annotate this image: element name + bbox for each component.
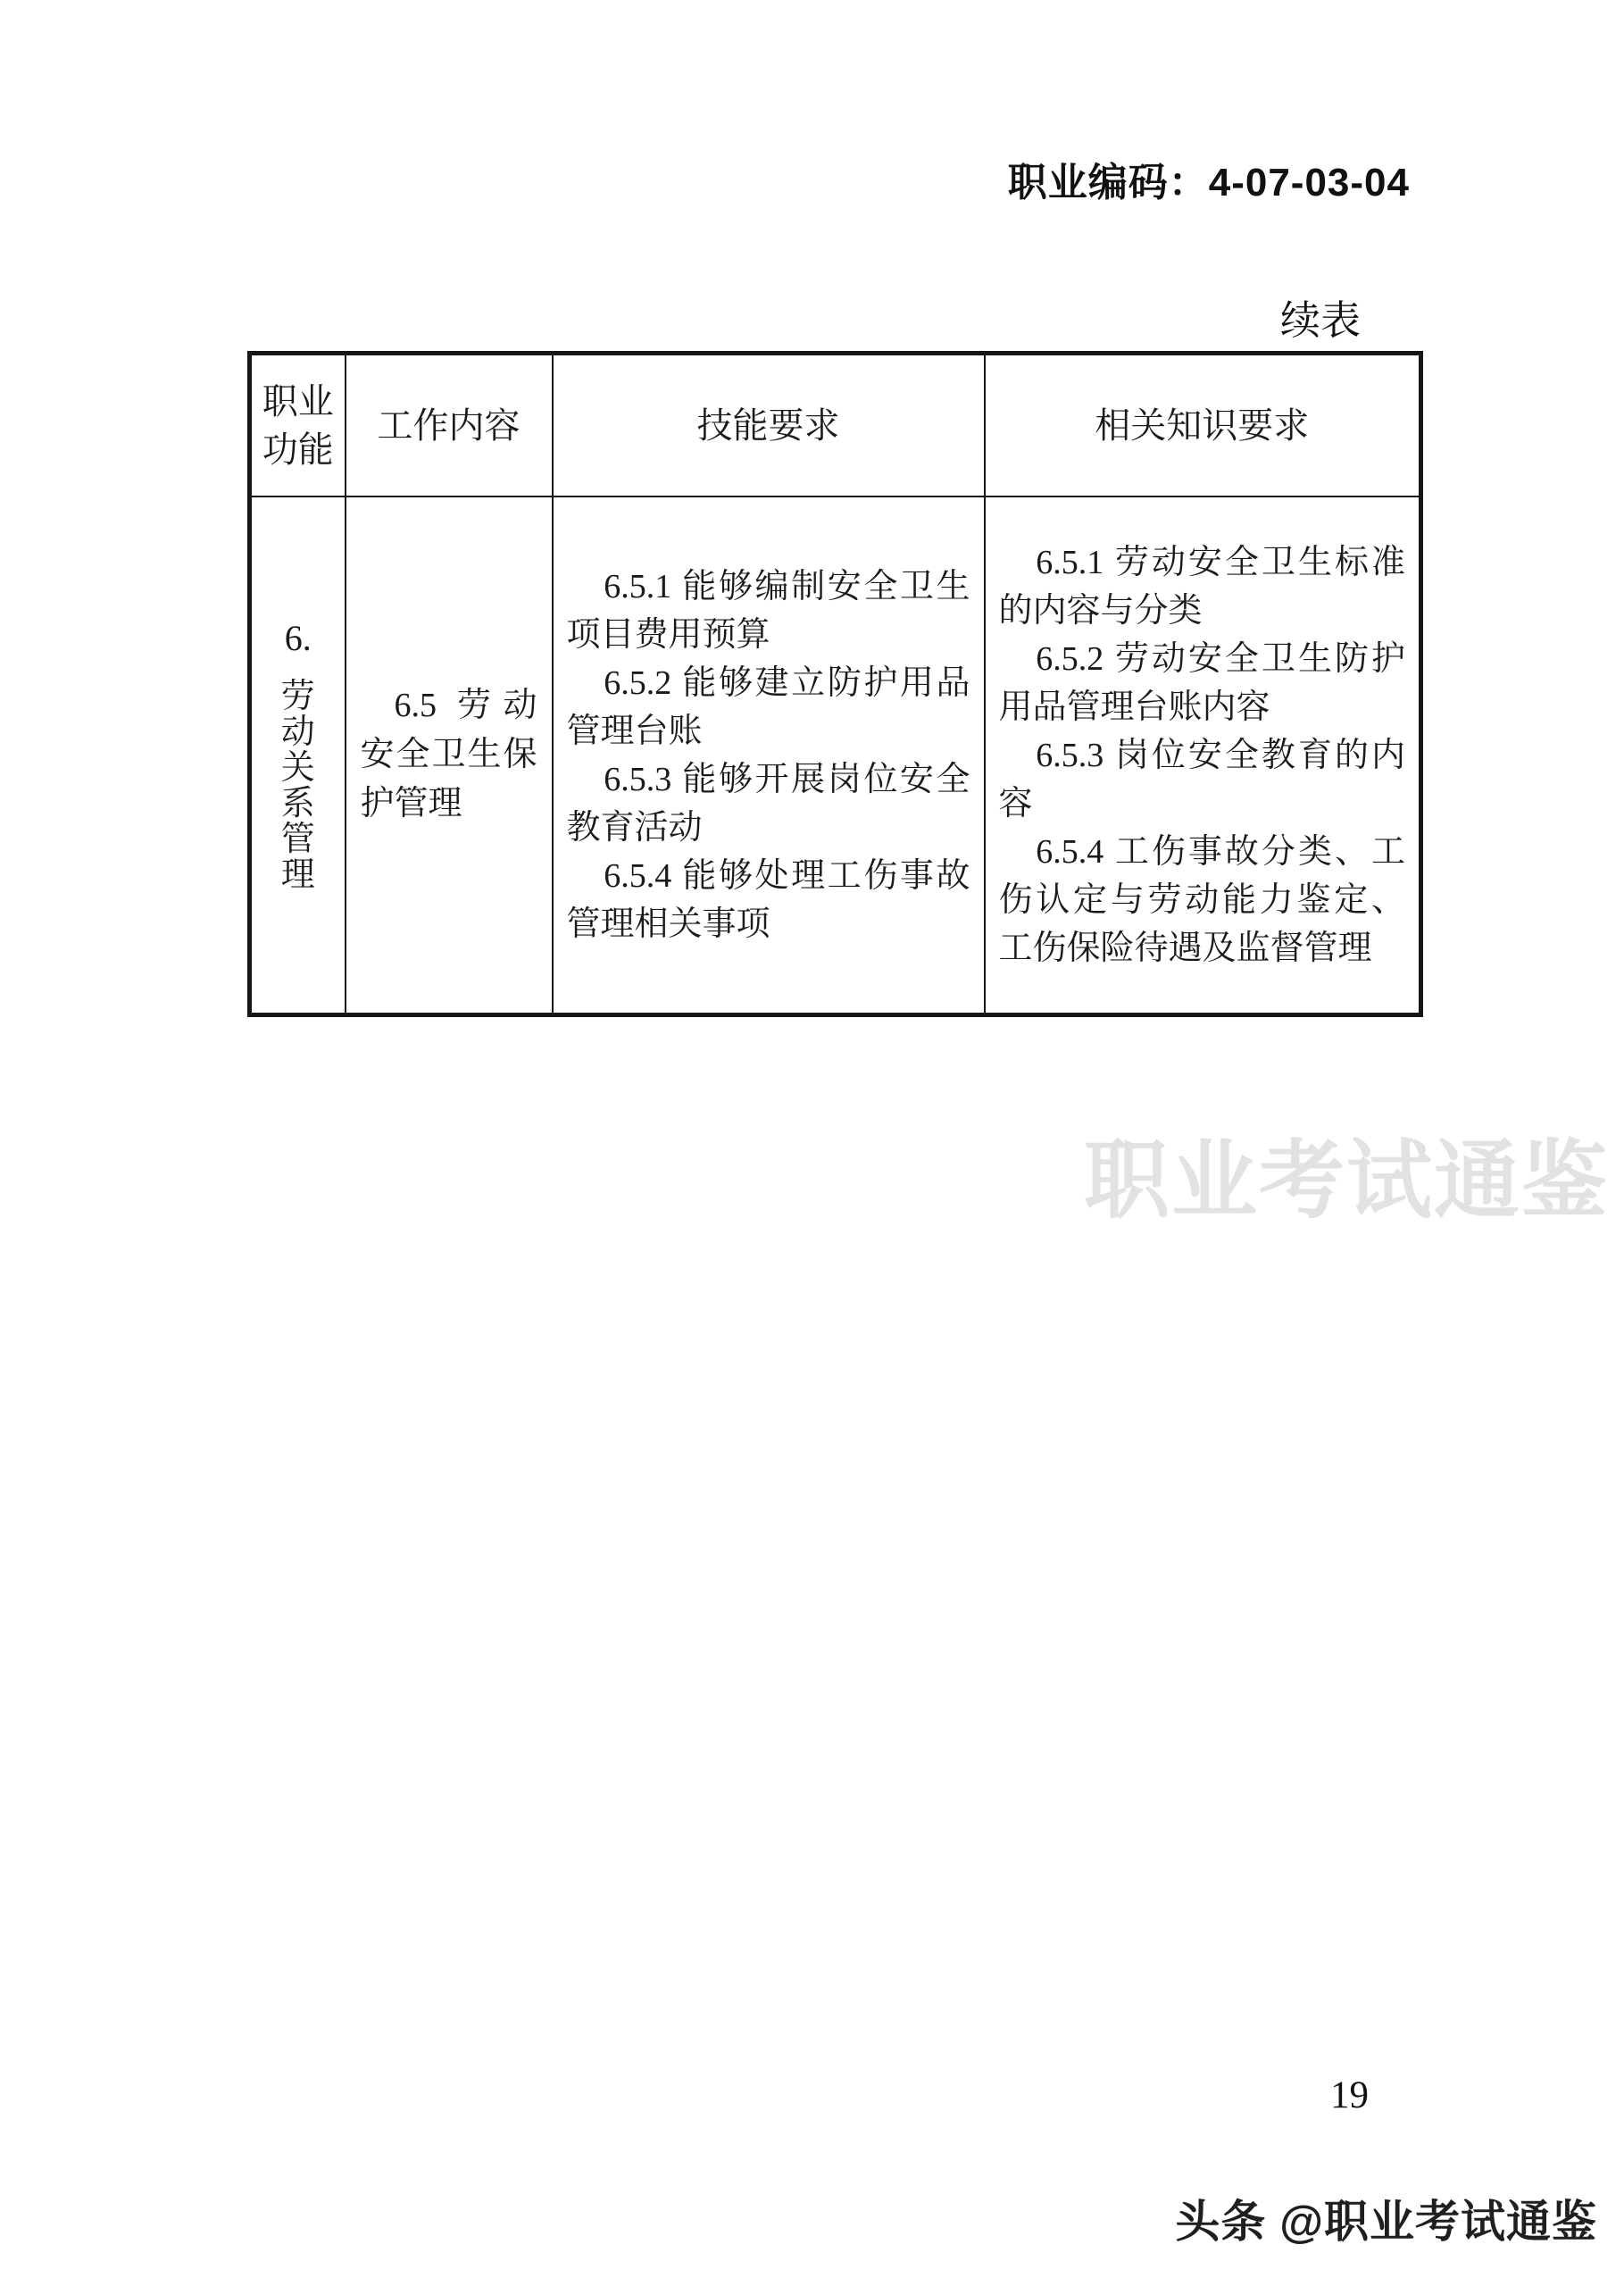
function-char: 关 (252, 750, 345, 786)
cell-skill-requirements: 6.5.1 能够编制安全卫生项目费用预算 6.5.2 能够建立防护用品管理台账 … (553, 496, 985, 1015)
function-char: 系 (252, 786, 345, 822)
skill-item: 6.5.3 能够开展岗位安全教育活动 (567, 755, 970, 852)
col-header-skill-requirements: 技能要求 (553, 354, 985, 497)
skill-item: 6.5.2 能够建立防护用品管理台账 (567, 659, 970, 755)
continued-table-label: 续表 (1280, 288, 1361, 346)
function-char: 理 (252, 857, 345, 893)
table-header-row: 职业功能 工作内容 技能要求 相关知识要求 (250, 354, 1421, 497)
occupation-code-header: 职业编码：4-07-03-04 (0, 150, 1410, 207)
work-content-text: 6.5 劳动安全卫生保护管理 (361, 681, 537, 829)
skill-item: 6.5.1 能够编制安全卫生项目费用预算 (567, 563, 970, 659)
function-char: 动 (252, 714, 345, 750)
cell-work-content: 6.5 劳动安全卫生保护管理 (346, 496, 553, 1015)
function-char: 管 (252, 822, 345, 857)
table-body-row: 6. 劳 动 关 系 管 理 6.5 劳动安全卫生保护管理 6.5.1 能够编制… (250, 496, 1421, 1015)
knowledge-item: 6.5.2 劳动安全卫生防护用品管理台账内容 (999, 635, 1406, 731)
knowledge-item: 6.5.1 劳动安全卫生标准的内容与分类 (999, 538, 1406, 635)
knowledge-item: 6.5.4 工伤事故分类、工伤认定与劳动能力鉴定、工伤保险待遇及监督管理 (999, 828, 1406, 972)
function-char: 劳 (252, 679, 345, 714)
footer-credit: 头条 @职业考试通鉴 (1175, 2186, 1597, 2250)
col-header-occupational-function: 职业功能 (250, 354, 346, 497)
col-header-work-content: 工作内容 (346, 354, 553, 497)
skill-item: 6.5.4 能够处理工伤事故管理相关事项 (567, 852, 970, 948)
watermark-text: 职业考试通鉴 (1084, 1113, 1609, 1235)
page-number: 19 (1330, 2074, 1369, 2117)
occupation-standard-table: 职业功能 工作内容 技能要求 相关知识要求 6. 劳 动 关 系 管 理 6.5… (247, 351, 1423, 1017)
col-header-knowledge-requirements: 相关知识要求 (985, 354, 1421, 497)
document-page: 职业编码：4-07-03-04 续表 职业功能 工作内容 技能要求 相关知识要求… (0, 0, 1624, 2278)
knowledge-item: 6.5.3 岗位安全教育的内容 (999, 731, 1406, 828)
function-number: 6. (252, 617, 345, 659)
cell-occupational-function: 6. 劳 动 关 系 管 理 (250, 496, 346, 1015)
cell-knowledge-requirements: 6.5.1 劳动安全卫生标准的内容与分类 6.5.2 劳动安全卫生防护用品管理台… (985, 496, 1421, 1015)
